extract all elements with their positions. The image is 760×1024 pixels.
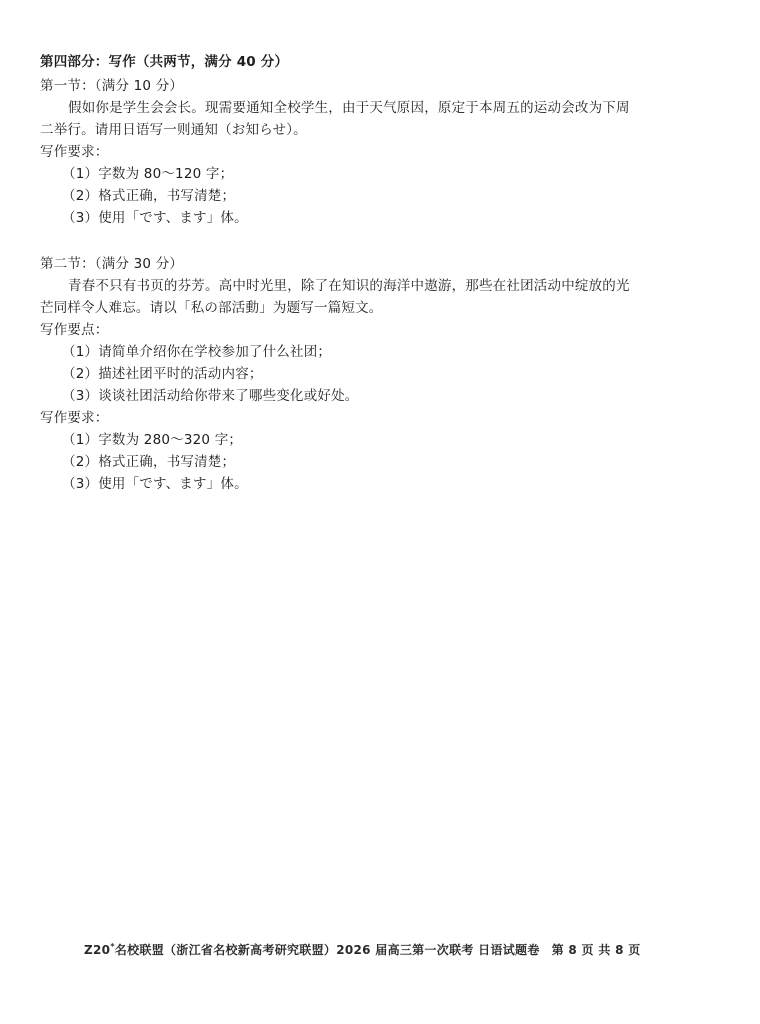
section2-prompt-line: 芒同样令人难忘。请以「私の部活動」为题写一篇短文。 bbox=[40, 298, 383, 318]
section1-requirement: （1）字数为 80～120 字； bbox=[62, 164, 233, 184]
section2-requirement: （3）使用「です、ます」体。 bbox=[62, 474, 248, 494]
section1-header: 第一节：（满分 10 分） bbox=[40, 76, 183, 96]
footer-page-info: 第 8 页 共 8 页 bbox=[552, 943, 641, 957]
section2-requirement: （2）格式正确，书写清楚； bbox=[62, 452, 235, 472]
section1-requirement: （2）格式正确，书写清楚； bbox=[62, 186, 235, 206]
section2-requirement: （1）字数为 280～320 字； bbox=[62, 430, 242, 450]
section2-point: （3）谈谈社团活动给你带来了哪些变化或好处。 bbox=[62, 386, 359, 406]
section1-prompt-line: 二举行。请用日语写一则通知（お知らせ）。 bbox=[40, 120, 307, 140]
section2-header: 第二节：（满分 30 分） bbox=[40, 254, 183, 274]
part-title: 第四部分：写作（共两节，满分 40 分） bbox=[40, 52, 288, 72]
page-footer: Z20*名校联盟（浙江省名校新高考研究联盟）2026 届高三第一次联考 日语试题… bbox=[84, 938, 641, 959]
section1-requirements-label: 写作要求： bbox=[40, 142, 109, 162]
section2-points-label: 写作要点： bbox=[40, 320, 109, 340]
section2-requirements-label: 写作要求： bbox=[40, 408, 109, 428]
footer-org: 名校联盟（浙江省名校新高考研究联盟）2026 届高三第一次联考 日语试题卷 bbox=[115, 943, 540, 957]
section1-prompt-line: 假如你是学生会会长。现需要通知全校学生，由于天气原因，原定于本周五的运动会改为下… bbox=[68, 98, 630, 118]
section2-point: （2）描述社团平时的活动内容； bbox=[62, 364, 263, 384]
section2-prompt-line: 青春不只有书页的芬芳。高中时光里，除了在知识的海洋中遨游，那些在社团活动中绽放的… bbox=[68, 276, 630, 296]
exam-page: 第四部分：写作（共两节，满分 40 分） 第一节：（满分 10 分） 假如你是学… bbox=[0, 0, 760, 1024]
footer-prefix: Z20 bbox=[84, 943, 110, 957]
section1-requirement: （3）使用「です、ます」体。 bbox=[62, 208, 248, 228]
section2-point: （1）请简单介绍你在学校参加了什么社团； bbox=[62, 342, 331, 362]
